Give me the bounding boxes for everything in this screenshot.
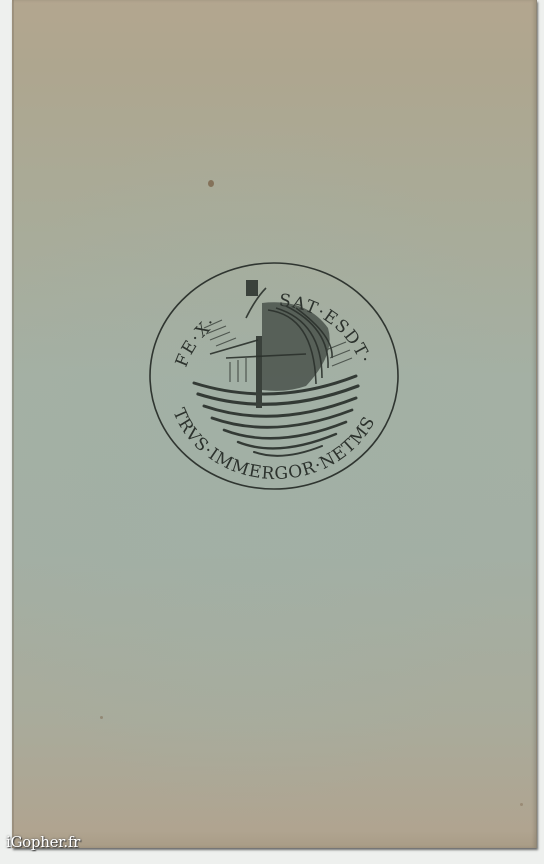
paper-speck [520, 803, 523, 806]
ship-seal-icon: SAT·ESDT·AM FE·X· TRVS·IMMERGOR·NETMS [146, 258, 402, 494]
seal-inscription-left: FE·X· [172, 313, 221, 370]
paper-speck [100, 716, 103, 719]
watermark-logo: iGopher.fr [6, 833, 80, 851]
svg-text:FE·X·: FE·X· [172, 313, 221, 370]
paper-speck [208, 180, 214, 187]
page-left-edge [12, 0, 14, 848]
